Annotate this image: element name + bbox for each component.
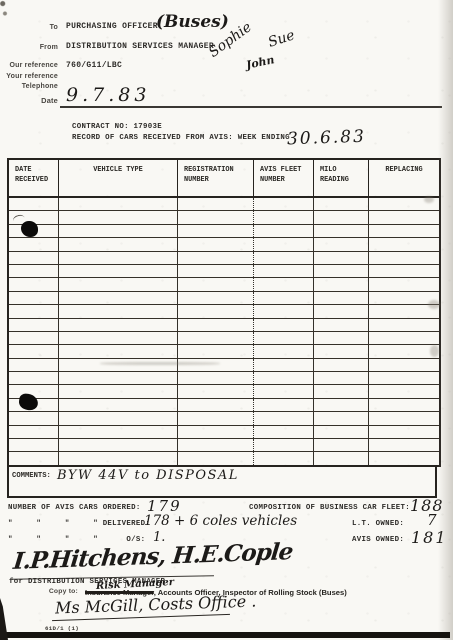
to-label: To [0, 24, 58, 31]
table-cell [314, 359, 369, 371]
composition-label: COMPOSITION OF BUSINESS CAR FLEET: [249, 504, 410, 512]
table-cell [369, 385, 439, 397]
table-cell [178, 238, 254, 250]
table-cell [178, 399, 254, 411]
table-header-row: DATE RECEIVEDVEHICLE TYPEREGISTRATION NU… [9, 160, 439, 198]
table-cell [9, 412, 59, 424]
table-cell [314, 345, 369, 357]
table-cell [9, 252, 59, 264]
table-cell [178, 292, 254, 304]
table-body [9, 198, 439, 465]
table-cell [59, 225, 178, 237]
table-cell [178, 426, 254, 438]
comments-label: COMMENTS: [12, 472, 51, 480]
delivered-label: " " " " DELIVERED: [8, 520, 150, 528]
table-cell [59, 372, 178, 384]
comments-box: COMMENTS: BYW 44V to DISPOSAL [7, 466, 437, 498]
date-handwritten-value: 9.7.83 [66, 84, 150, 106]
table-cell [369, 319, 439, 331]
your-reference-label: Your reference [0, 73, 58, 80]
table-cell [369, 238, 439, 250]
comments-handwritten-value: BYW 44V to DISPOSAL [57, 468, 239, 483]
table-cell [59, 399, 178, 411]
table-cell [59, 211, 178, 223]
table-row [9, 439, 439, 452]
table-cell [9, 426, 59, 438]
scan-bottom-edge [6, 632, 450, 638]
table-cell [369, 452, 439, 464]
column-header: DATE RECEIVED [9, 160, 59, 196]
table-cell [178, 319, 254, 331]
table-cell [369, 439, 439, 451]
table-cell [9, 265, 59, 277]
table-row [9, 426, 439, 439]
table-row [9, 198, 439, 211]
table-cell [178, 225, 254, 237]
table-cell [369, 265, 439, 277]
table-cell [178, 252, 254, 264]
table-cell [178, 278, 254, 290]
column-header: REGISTRATION NUMBER [178, 160, 254, 196]
table-cell [254, 265, 314, 277]
table-cell [314, 412, 369, 424]
table-cell [254, 439, 314, 451]
table-cell [254, 372, 314, 384]
table-row [9, 452, 439, 464]
table-cell [254, 252, 314, 264]
table-cell [314, 372, 369, 384]
table-cell [254, 426, 314, 438]
table-cell [178, 211, 254, 223]
table-row [9, 238, 439, 251]
table-cell [59, 292, 178, 304]
table-cell [314, 439, 369, 451]
table-cell [254, 319, 314, 331]
copy-to-label: Copy to: [0, 589, 78, 596]
table-cell [59, 305, 178, 317]
table-cell [59, 265, 178, 277]
table-row [9, 319, 439, 332]
table-cell [314, 252, 369, 264]
scan-smudge [100, 362, 220, 365]
table-cell [59, 252, 178, 264]
table-cell [178, 345, 254, 357]
avis-owned-label: AVIS OWNED: [352, 536, 404, 544]
table-row [9, 385, 439, 398]
to-handwritten-annotation: (Buses) [156, 12, 229, 32]
scan-corner-speckle [0, 0, 9, 18]
table-cell [314, 278, 369, 290]
table-cell [9, 238, 59, 250]
table-cell [178, 332, 254, 344]
table-cell [59, 278, 178, 290]
table-cell [9, 345, 59, 357]
table-row [9, 278, 439, 291]
scanned-memo-page: To From Our reference Your reference Tel… [0, 0, 453, 640]
table-row [9, 359, 439, 372]
column-header: REPLACING [369, 160, 439, 196]
table-cell [9, 359, 59, 371]
table-cell [59, 332, 178, 344]
table-cell [369, 412, 439, 424]
lt-owned-label: L.T. OWNED: [352, 520, 404, 528]
table-cell [314, 319, 369, 331]
table-cell [178, 385, 254, 397]
table-cell [314, 452, 369, 464]
table-cell [9, 278, 59, 290]
table-cell [369, 359, 439, 371]
from-value: DISTRIBUTION SERVICES MANAGER [66, 42, 214, 51]
table-cell [59, 439, 178, 451]
table-cell [254, 452, 314, 464]
table-cell [178, 198, 254, 210]
telephone-label: Telephone [0, 83, 58, 90]
table-cell [254, 359, 314, 371]
table-cell [9, 332, 59, 344]
table-cell [178, 452, 254, 464]
table-cell [9, 305, 59, 317]
column-header: AVIS FLEET NUMBER [254, 160, 314, 196]
table-cell [314, 225, 369, 237]
table-cell [254, 225, 314, 237]
to-value: PURCHASING OFFICER [66, 22, 158, 31]
table-cell [59, 345, 178, 357]
table-cell [254, 345, 314, 357]
week-ending-handwritten: 30.6.83 [287, 127, 367, 150]
scan-edge-shadow [438, 0, 453, 640]
table-cell [314, 385, 369, 397]
table-cell [314, 198, 369, 210]
table-cell [254, 412, 314, 424]
table-cell [9, 452, 59, 464]
table-cell [254, 238, 314, 250]
table-cell [178, 372, 254, 384]
table-cell [369, 372, 439, 384]
table-row [9, 412, 439, 425]
table-cell [369, 426, 439, 438]
table-row [9, 225, 439, 238]
our-reference-value: 760/G11/LBC [66, 61, 122, 70]
table-cell [314, 211, 369, 223]
table-row [9, 332, 439, 345]
scan-smudge [424, 196, 434, 203]
table-cell [254, 385, 314, 397]
table-cell [178, 305, 254, 317]
table-cell [369, 399, 439, 411]
table-cell [369, 345, 439, 357]
table-cell [178, 412, 254, 424]
table-cell [314, 426, 369, 438]
table-cell [314, 305, 369, 317]
delivered-handwritten-value: 178 + 6 coles vehicles [144, 513, 297, 529]
table-cell [254, 305, 314, 317]
table-cell [254, 332, 314, 344]
table-cell [178, 439, 254, 451]
table-cell [369, 252, 439, 264]
lt-owned-handwritten-value: 7 [427, 511, 437, 529]
column-header: MILO READING [314, 160, 369, 196]
table-cell [254, 292, 314, 304]
table-cell [314, 238, 369, 250]
column-header: VEHICLE TYPE [59, 160, 178, 196]
table-row [9, 252, 439, 265]
table-cell [59, 452, 178, 464]
record-line: RECORD OF CARS RECEIVED FROM AVIS: WEEK … [72, 134, 290, 142]
table-cell [369, 278, 439, 290]
contract-number-line: CONTRACT NO: 17903E [72, 123, 162, 131]
table-row [9, 265, 439, 278]
table-row [9, 399, 439, 412]
hole-punch-mark-top [21, 221, 38, 237]
table-cell [254, 399, 314, 411]
table-row [9, 292, 439, 305]
table-cell [59, 426, 178, 438]
table-cell [314, 265, 369, 277]
date-label: Date [0, 97, 58, 104]
table-cell [59, 412, 178, 424]
cars-received-table: DATE RECEIVEDVEHICLE TYPEREGISTRATION NU… [7, 158, 441, 467]
table-cell [369, 332, 439, 344]
table-cell [314, 292, 369, 304]
our-reference-label: Our reference [0, 62, 58, 69]
table-row [9, 345, 439, 358]
table-cell [254, 211, 314, 223]
from-label: From [0, 44, 58, 51]
table-cell [254, 198, 314, 210]
table-cell [59, 238, 178, 250]
table-row [9, 305, 439, 318]
table-cell [314, 399, 369, 411]
table-cell [9, 319, 59, 331]
table-cell [9, 198, 59, 210]
ordered-label: NUMBER OF AVIS CARS ORDERED: [8, 504, 141, 512]
table-cell [9, 372, 59, 384]
table-cell [9, 439, 59, 451]
table-cell [314, 332, 369, 344]
table-cell [254, 278, 314, 290]
table-cell [369, 211, 439, 223]
table-cell [59, 198, 178, 210]
table-cell [59, 319, 178, 331]
table-row [9, 211, 439, 224]
table-row [9, 372, 439, 385]
table-cell [178, 265, 254, 277]
table-cell [369, 225, 439, 237]
table-cell [59, 385, 178, 397]
table-cell [9, 292, 59, 304]
form-code: 61D/1 (1) [45, 625, 79, 632]
header-divider-line [60, 106, 442, 108]
outstanding-label: " " " " O/S: [8, 536, 145, 544]
